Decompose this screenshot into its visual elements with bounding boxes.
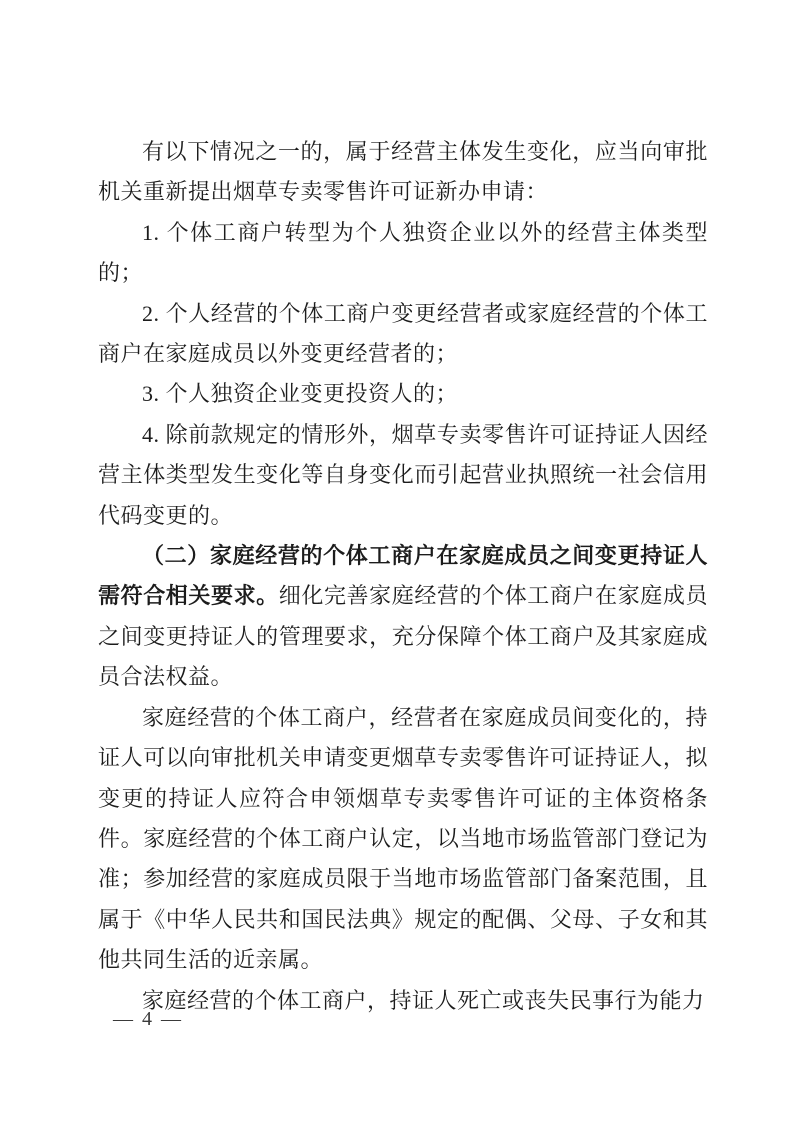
- page-number: — 4 —: [113, 1008, 183, 1031]
- para-item-1: 1. 个体工商户转型为个人独资企业以外的经营主体类型的；: [98, 213, 708, 294]
- para-section-2: （二）家庭经营的个体工商户在家庭成员之间变更持证人需符合相关要求。细化完善家庭经…: [98, 536, 708, 698]
- para-death-or-incapacity: 家庭经营的个体工商户，持证人死亡或丧失民事行为能力: [98, 981, 708, 1021]
- para-item-3: 3. 个人独资企业变更投资人的；: [98, 374, 708, 414]
- para-family-operation-rules: 家庭经营的个体工商户，经营者在家庭成员间变化的，持证人可以向审批机关申请变更烟草…: [98, 698, 708, 981]
- para-item-4: 4. 除前款规定的情形外，烟草专卖零售许可证持证人因经营主体类型发生变化等自身变…: [98, 415, 708, 536]
- document-page: 有以下情况之一的，属于经营主体发生变化，应当向审批机关重新提出烟草专卖零售许可证…: [0, 0, 793, 1122]
- para-item-2: 2. 个人经营的个体工商户变更经营者或家庭经营的个体工商户在家庭成员以外变更经营…: [98, 294, 708, 375]
- para-intro-change-of-entity: 有以下情况之一的，属于经营主体发生变化，应当向审批机关重新提出烟草专卖零售许可证…: [98, 132, 708, 213]
- document-body: 有以下情况之一的，属于经营主体发生变化，应当向审批机关重新提出烟草专卖零售许可证…: [98, 132, 708, 1021]
